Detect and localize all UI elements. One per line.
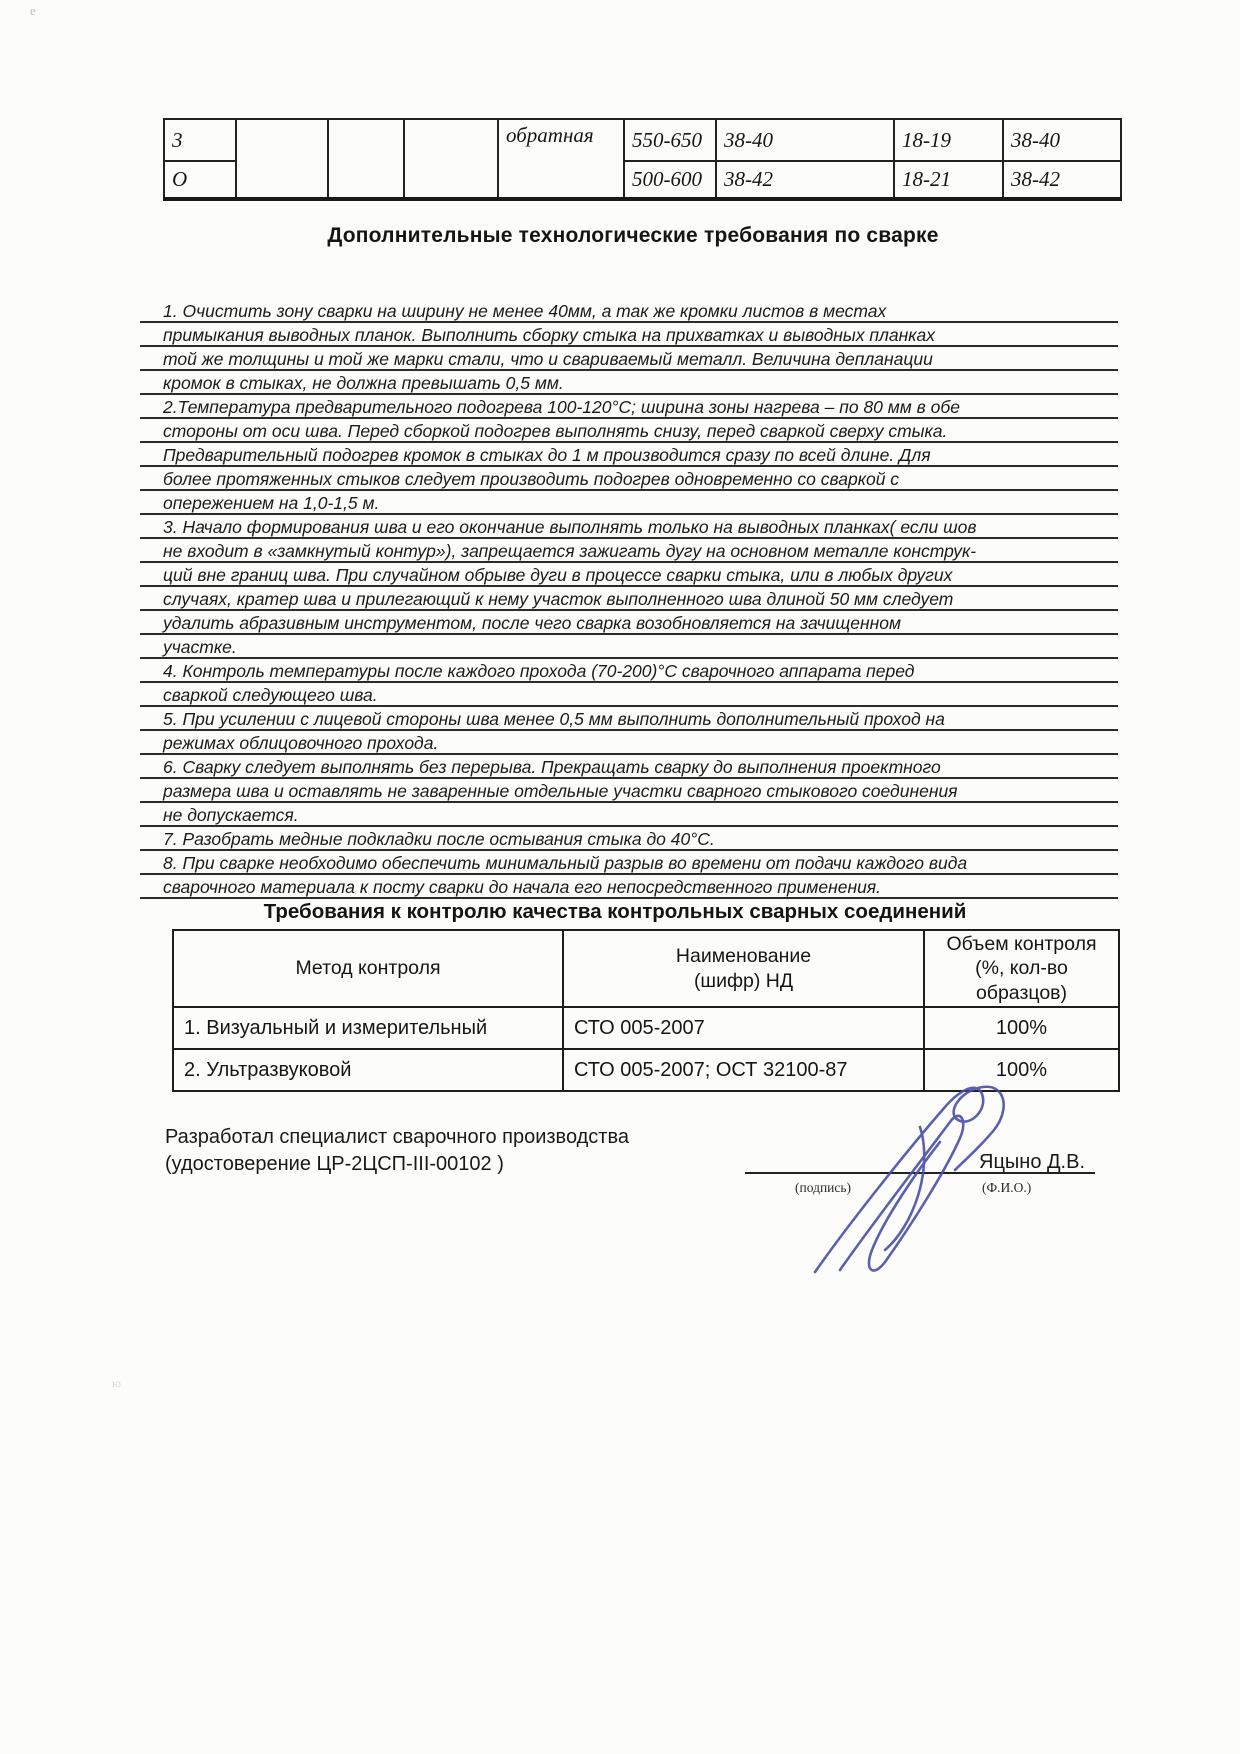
quality-control-table: Метод контроля Наименование (шифр) НД Об… — [172, 929, 1120, 1092]
method-cell: 1. Визуальный и измерительный — [173, 1007, 563, 1049]
requirement-line: 2.Температура предварительного подогрева… — [140, 395, 1118, 419]
doc-cell: СТО 005-2007 — [563, 1007, 924, 1049]
method-cell: 2. Ультразвуковой — [173, 1049, 563, 1091]
requirement-line: ций вне границ шва. При случайном обрыве… — [140, 563, 1118, 587]
requirement-line: 7. Разобрать медные подкладки после осты… — [140, 827, 1118, 851]
speed-cell: 18-21 — [894, 161, 1003, 199]
requirement-line: удалить абразивным инструментом, после ч… — [140, 611, 1118, 635]
value-cell: 38-42 — [1003, 161, 1121, 199]
table-row: 1. Визуальный и измерительный СТО 005-20… — [173, 1007, 1119, 1049]
requirement-line: опережением на 1,0-1,5 м. — [140, 491, 1118, 515]
developer-title: Разработал специалист сварочного произво… — [165, 1126, 629, 1149]
welding-regime-table: 3 обратная 550-650 38-40 18-19 38-40 О 5… — [163, 118, 1122, 201]
handwritten-signature — [770, 1072, 1030, 1282]
requirement-line: 4. Контроль температуры после каждого пр… — [140, 659, 1118, 683]
requirement-line: 8. При сварке необходимо обеспечить мини… — [140, 851, 1118, 875]
requirements-list: 1. Очистить зону сварки на ширину не мен… — [140, 299, 1118, 899]
scan-artifact: ю — [112, 1376, 121, 1391]
requirement-line: стороны от оси шва. Перед сборкой подогр… — [140, 419, 1118, 443]
current-cell: 500-600 — [624, 161, 716, 199]
requirement-line: 1. Очистить зону сварки на ширину не мен… — [140, 299, 1118, 323]
requirement-line: более протяженных стыков следует произво… — [140, 467, 1118, 491]
empty-cell — [404, 119, 498, 199]
developer-certificate: (удостоверение ЦР-2ЦСП-III-00102 ) — [165, 1153, 504, 1176]
requirement-line: сварочного материала к посту сварки до н… — [140, 875, 1118, 899]
requirement-line: 5. При усилении с лицевой стороны шва ме… — [140, 707, 1118, 731]
requirement-line: случаях, кратер шва и прилегающий к нему… — [140, 587, 1118, 611]
scanned-welding-document: е 3 обратная 550-650 38-40 18-19 38-40 О… — [0, 0, 1240, 1754]
requirement-line: режимах облицовочного прохода. — [140, 731, 1118, 755]
requirement-line: кромок в стыках, не должна превышать 0,5… — [140, 371, 1118, 395]
empty-cell — [328, 119, 404, 199]
requirement-line: участке. — [140, 635, 1118, 659]
table-header-row: Метод контроля Наименование (шифр) НД Об… — [173, 930, 1119, 1007]
requirement-line: размера шва и оставлять не заваренные от… — [140, 779, 1118, 803]
requirement-line: 3. Начало формирования шва и его окончан… — [140, 515, 1118, 539]
polarity-cell: обратная — [498, 119, 624, 199]
requirement-line: примыкания выводных планок. Выполнить сб… — [140, 323, 1118, 347]
position-cell: О — [164, 161, 236, 199]
section-heading-additional-requirements: Дополнительные технологические требовани… — [148, 224, 1118, 248]
requirement-line: не допускается. — [140, 803, 1118, 827]
requirement-line: не входит в «замкнутый контур»), запреща… — [140, 539, 1118, 563]
requirement-line: той же толщины и той же марки стали, что… — [140, 347, 1118, 371]
requirement-line: Предварительный подогрев кромок в стыках… — [140, 443, 1118, 467]
empty-cell — [236, 119, 328, 199]
table-row: 3 обратная 550-650 38-40 18-19 38-40 — [164, 119, 1121, 161]
requirement-line: сваркой следующего шва. — [140, 683, 1118, 707]
column-header-method: Метод контроля — [173, 930, 563, 1007]
value-cell: 38-40 — [1003, 119, 1121, 161]
section-heading-quality-control: Требования к контролю качества контрольн… — [130, 900, 1100, 924]
volume-cell: 100% — [924, 1007, 1119, 1049]
position-cell: 3 — [164, 119, 236, 161]
requirement-line: 6. Сварку следует выполнять без перерыва… — [140, 755, 1118, 779]
voltage-cell: 38-42 — [716, 161, 894, 199]
current-cell: 550-650 — [624, 119, 716, 161]
scan-artifact: е — [30, 3, 36, 19]
voltage-cell: 38-40 — [716, 119, 894, 161]
column-header-volume: Объем контроля (%, кол-во образцов) — [924, 930, 1119, 1007]
speed-cell: 18-19 — [894, 119, 1003, 161]
column-header-doc: Наименование (шифр) НД — [563, 930, 924, 1007]
